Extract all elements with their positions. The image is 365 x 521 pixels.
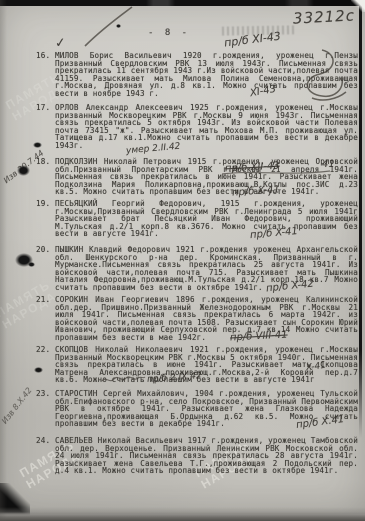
ink-blob xyxy=(17,165,30,176)
entry-number: 20. xyxy=(36,246,55,291)
scan-top-edge xyxy=(0,0,365,6)
scan-bottom-edge xyxy=(0,512,365,521)
page-number: - 8 - xyxy=(148,28,190,38)
document-scan: ПАМЯТЬ НАРОДА ПАМЯТЬ НАРОДА ПАМЯТЬ НАРОД… xyxy=(0,0,365,521)
handwritten-note: пр/б X-41 xyxy=(232,184,281,198)
entry-number: 21. xyxy=(36,296,55,341)
pencil-squiggle xyxy=(100,372,146,386)
archive-number-handwritten: 33212с xyxy=(293,6,356,27)
ink-blob xyxy=(34,367,43,373)
entry-19: 19. ПЕСЬЯЦКИЙ Георгий Федорович, 1915 г.… xyxy=(36,200,358,238)
entry-text: ОРЛОВ Александр Алексеевич 1925 г.рожден… xyxy=(55,104,358,149)
entry-number: 18. xyxy=(36,158,55,196)
entry-text: САВЕЛЬЕВ Николай Васильевич 1917 г.рожде… xyxy=(55,437,358,475)
ink-blob xyxy=(33,142,42,148)
scan-left-shadow xyxy=(0,0,7,521)
ink-blob xyxy=(28,262,35,267)
scan-corner-top-right xyxy=(351,0,365,12)
entry-number: 16. xyxy=(36,52,55,97)
pencil-squiggle xyxy=(292,48,352,104)
ink-blob xyxy=(116,24,121,28)
entry-number: 19. xyxy=(36,200,55,238)
entry-number: 23. xyxy=(36,390,55,428)
entry-21: 21. СОРОКИН Иван Георгиевич 1896 г.рожде… xyxy=(36,296,358,341)
pencil-stroke xyxy=(82,4,137,49)
handwritten-note-struck: пр/б VIII-41 xyxy=(230,329,288,343)
entry-number: 22. xyxy=(36,346,55,384)
entry-number: 24. xyxy=(36,437,55,475)
entry-text: СОРОКИН Иван Георгиевич 1896 г.рождения,… xyxy=(55,296,358,341)
scan-right-edge xyxy=(359,0,362,438)
entry-24: 24. САВЕЛЬЕВ Николай Васильевич 1917 г.р… xyxy=(36,437,358,475)
entry-text: ПЕСЬЯЦКИЙ Георгий Федорович, 1915 г.рожд… xyxy=(55,200,358,238)
check-mark: ✓ xyxy=(54,35,66,51)
strike-line xyxy=(222,168,332,178)
entry-17: 17. ОРЛОВ Александр Алексеевич 1925 г.ро… xyxy=(36,104,358,149)
